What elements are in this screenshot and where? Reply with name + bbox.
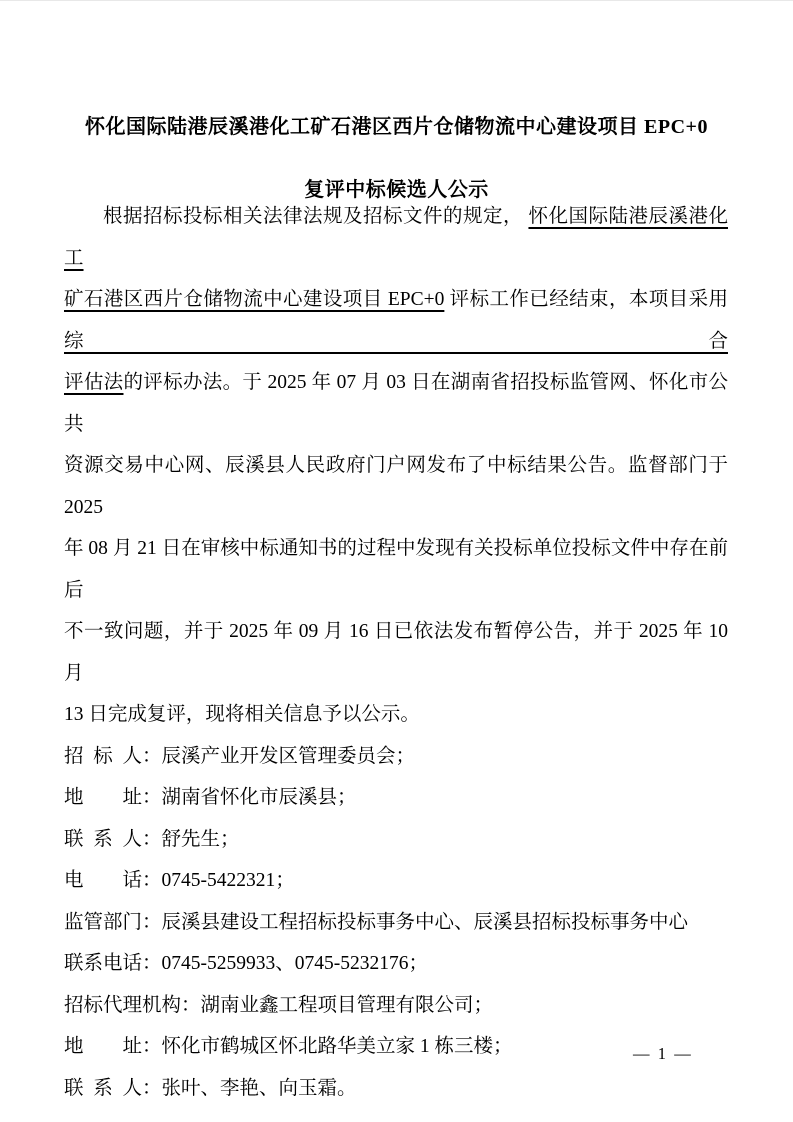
body-text: 的评标办法。于 2025 年 07 月 03 日在湖南省招投标监管网、怀化市公共 — [64, 372, 728, 435]
agency-address-line: 地 址：怀化市鹤城区怀北路华美立家 1 栋三楼； — [64, 1026, 728, 1068]
underlined-method-part2: 评估法 — [64, 372, 123, 393]
body-line-6: 不一致问题，并于 2025 年 09 月 16 日已依法发布暂停公告，并于 20… — [64, 611, 728, 694]
underlined-project-name-part2: 矿石港区西片仓储物流中心建设项目 EPC+0 — [64, 289, 444, 310]
supervision-department-line: 监管部门：辰溪县建设工程招标投标事务中心、辰溪县招标投标事务中心 — [64, 902, 728, 944]
agency-line: 招标代理机构：湖南业鑫工程项目管理有限公司； — [64, 985, 728, 1027]
body-line-3: 评估法的评标办法。于 2025 年 07 月 03 日在湖南省招投标监管网、怀化… — [64, 362, 728, 445]
body-line-5: 年 08 月 21 日在审核中标通知书的过程中发现有关投标单位投标文件中存在前后 — [64, 528, 728, 611]
supervision-phone-line: 联系电话：0745-5259933、0745-5232176； — [64, 943, 728, 985]
underlined-method-part1: 综合 — [64, 331, 728, 352]
body-text: 评标工作已经结束，本项目采用 — [444, 289, 728, 310]
body-text: 根据招标投标相关法律法规及招标文件的规定， — [103, 206, 528, 227]
document-title-line1: 怀化国际陆港辰溪港化工矿石港区西片仓储物流中心建设项目 EPC+0 — [0, 112, 793, 142]
tenderer-contact-person-line: 联 系 人：舒先生； — [64, 819, 728, 861]
tenderer-phone-line: 电 话：0745-5422321； — [64, 860, 728, 902]
page-number: — 1 — — [633, 1042, 691, 1066]
document-body: 根据招标投标相关法律法规及招标文件的规定， 怀化国际陆港辰溪港化工 矿石港区西片… — [64, 196, 728, 1109]
body-line-4: 资源交易中心网、辰溪县人民政府门户网发布了中标结果公告。监督部门于 2025 — [64, 445, 728, 528]
body-line-7: 13 日完成复评，现将相关信息予以公示。 — [64, 694, 728, 736]
body-line-1: 根据招标投标相关法律法规及招标文件的规定， 怀化国际陆港辰溪港化工 — [64, 196, 728, 279]
body-line-2: 矿石港区西片仓储物流中心建设项目 EPC+0 评标工作已经结束，本项目采用综合 — [64, 279, 728, 362]
document-page: 怀化国际陆港辰溪港化工矿石港区西片仓储物流中心建设项目 EPC+0 复评中标候选… — [0, 0, 793, 1122]
tenderer-line: 招 标 人：辰溪产业开发区管理委员会； — [64, 736, 728, 778]
tenderer-address-line: 地 址：湖南省怀化市辰溪县； — [64, 777, 728, 819]
agency-contact-person-line: 联 系 人：张叶、李艳、向玉霜。 — [64, 1068, 728, 1110]
